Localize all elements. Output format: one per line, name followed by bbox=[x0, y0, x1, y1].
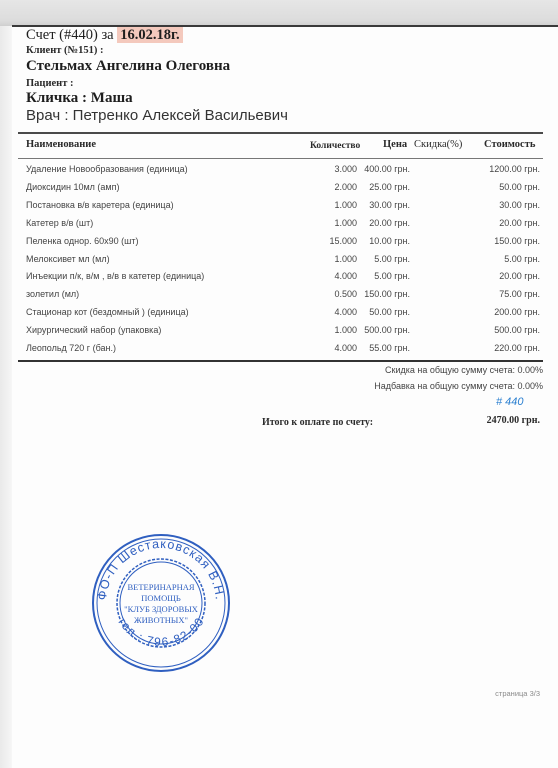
item-cost: 150.00 грн. bbox=[494, 236, 540, 246]
table-row: Мелоксивет мл (мл)1.0005.00 грн.5.00 грн… bbox=[0, 254, 558, 272]
item-cost: 20.00 грн. bbox=[499, 218, 540, 228]
header-price: Цена bbox=[383, 139, 407, 150]
header-discount: Скидка(%) bbox=[414, 139, 462, 150]
stamp-center-line: ПОМОЩЬ bbox=[141, 593, 181, 603]
item-cost: 500.00 грн. bbox=[494, 325, 540, 335]
item-name: Диоксидин 10мл (амп) bbox=[26, 182, 119, 192]
table-row: Хирургический набор (упаковка)1.000500.0… bbox=[0, 325, 558, 343]
item-qty: 15.000 bbox=[329, 236, 357, 246]
item-name: Катетер в/в (шт) bbox=[26, 218, 93, 228]
header-qty: Количество bbox=[310, 141, 360, 151]
item-qty: 2.000 bbox=[334, 182, 357, 192]
item-price: 5.00 грн. bbox=[374, 254, 410, 264]
header-name: Наименование bbox=[26, 139, 96, 150]
total-value: 2470.00 грн. bbox=[487, 415, 540, 426]
scan-shadow-left bbox=[0, 26, 12, 768]
item-qty: 1.000 bbox=[334, 218, 357, 228]
item-price: 5.00 грн. bbox=[374, 271, 410, 281]
item-qty: 1.000 bbox=[334, 325, 357, 335]
item-price: 20.00 грн. bbox=[369, 218, 410, 228]
header-cost: Стоимость bbox=[484, 139, 535, 150]
scan-shadow-top bbox=[0, 0, 558, 26]
client-name: Стельмах Ангелина Олеговна bbox=[26, 58, 230, 75]
stamp-center-line: ЖИВОТНЫХ" bbox=[134, 615, 188, 625]
table-row: Пеленка однор. 60х90 (шт)15.00010.00 грн… bbox=[0, 236, 558, 254]
item-name: Мелоксивет мл (мл) bbox=[26, 254, 110, 264]
invoice-number: Счет (#440) за bbox=[26, 27, 114, 43]
item-qty: 1.000 bbox=[334, 200, 357, 210]
item-price: 55.00 грн. bbox=[369, 343, 410, 353]
item-name: золетил (мл) bbox=[26, 289, 79, 299]
item-cost: 30.00 грн. bbox=[499, 200, 540, 210]
pet-name: Кличка : Маша bbox=[26, 90, 133, 107]
table-row: Катетер в/в (шт)1.00020.00 грн.20.00 грн… bbox=[0, 218, 558, 236]
item-cost: 75.00 грн. bbox=[499, 289, 540, 299]
item-cost: 5.00 грн. bbox=[504, 254, 540, 264]
item-name: Стационар кот (бездомный ) (единица) bbox=[26, 307, 189, 317]
total-markup: Надбавка на общую сумму счета: 0.00% bbox=[374, 381, 543, 391]
item-cost: 1200.00 грн. bbox=[489, 164, 540, 174]
item-price: 50.00 грн. bbox=[369, 307, 410, 317]
handwritten-note: # 440 bbox=[496, 396, 524, 408]
item-qty: 0.500 bbox=[334, 289, 357, 299]
doctor-name: Врач : Петренко Алексей Васильевич bbox=[26, 107, 288, 124]
table-row: золетил (мл)0.500150.00 грн.75.00 грн. bbox=[0, 289, 558, 307]
table-row: Постановка в/в каретера (единица)1.00030… bbox=[0, 200, 558, 218]
stamp-center-line: ВЕТЕРИНАРНАЯ bbox=[127, 582, 194, 592]
item-name: Постановка в/в каретера (единица) bbox=[26, 200, 174, 210]
divider bbox=[18, 158, 543, 159]
item-price: 150.00 грн. bbox=[364, 289, 410, 299]
invoice-title: Счет (#440) за 16.02.18г. bbox=[26, 27, 183, 44]
item-cost: 200.00 грн. bbox=[494, 307, 540, 317]
item-price: 500.00 грн. bbox=[364, 325, 410, 335]
item-name: Леопольд 720 г (бан.) bbox=[26, 343, 116, 353]
table-row: Удаление Новообразования (единица)3.0004… bbox=[0, 164, 558, 182]
stamp-center-line: "КЛУБ ЗДОРОВЫХ bbox=[124, 604, 198, 614]
item-price: 10.00 грн. bbox=[369, 236, 410, 246]
invoice-date: 16.02.18г. bbox=[117, 27, 182, 43]
item-price: 30.00 грн. bbox=[369, 200, 410, 210]
item-cost: 50.00 грн. bbox=[499, 182, 540, 192]
table-row: Стационар кот (бездомный ) (единица)4.00… bbox=[0, 307, 558, 325]
item-price: 25.00 грн. bbox=[369, 182, 410, 192]
page-number: страница 3/3 bbox=[495, 689, 540, 698]
divider bbox=[18, 132, 543, 134]
table-row: Инъекции п/к, в/м , в/в в катетер (едини… bbox=[0, 271, 558, 289]
table-row: Леопольд 720 г (бан.)4.00055.00 грн.220.… bbox=[0, 343, 558, 361]
table-row: Диоксидин 10мл (амп)2.00025.00 грн.50.00… bbox=[0, 182, 558, 200]
item-qty: 4.000 bbox=[334, 343, 357, 353]
divider bbox=[18, 360, 543, 362]
item-cost: 220.00 грн. bbox=[494, 343, 540, 353]
item-name: Удаление Новообразования (единица) bbox=[26, 164, 188, 174]
total-discount: Скидка на общую сумму счета: 0.00% bbox=[385, 365, 543, 375]
client-label: Клиент (№151) : bbox=[26, 45, 103, 56]
item-name: Хирургический набор (упаковка) bbox=[26, 325, 161, 335]
clinic-stamp: ФО-П Шестаковская В.Н. тел.: 796-82-00 В… bbox=[86, 528, 236, 678]
item-qty: 4.000 bbox=[334, 271, 357, 281]
item-cost: 20.00 грн. bbox=[499, 271, 540, 281]
item-price: 400.00 грн. bbox=[364, 164, 410, 174]
item-qty: 3.000 bbox=[334, 164, 357, 174]
item-qty: 1.000 bbox=[334, 254, 357, 264]
item-qty: 4.000 bbox=[334, 307, 357, 317]
patient-label: Пациент : bbox=[26, 78, 74, 89]
item-name: Инъекции п/к, в/м , в/в в катетер (едини… bbox=[26, 271, 204, 281]
total-label: Итого к оплате по счету: bbox=[262, 417, 373, 428]
item-name: Пеленка однор. 60х90 (шт) bbox=[26, 236, 138, 246]
